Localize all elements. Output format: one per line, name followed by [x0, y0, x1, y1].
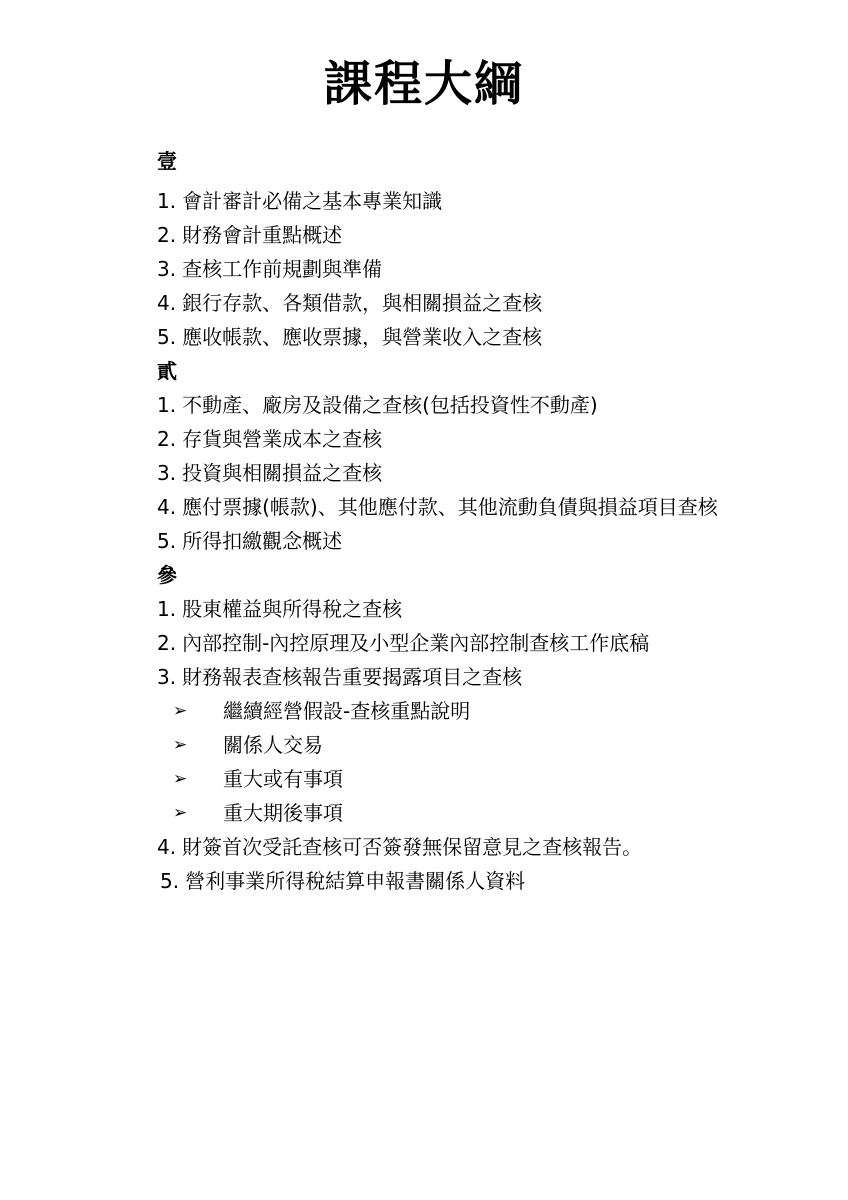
- item-text: 財務報表查核報告重要揭露項目之查核: [182, 660, 522, 694]
- arrow-bullet-icon: ➢: [157, 694, 223, 728]
- item-number: 4.: [157, 286, 176, 320]
- item-number: 3.: [157, 456, 176, 490]
- item-number: 1.: [157, 184, 176, 218]
- list-item: 3. 投資與相關損益之查核: [157, 456, 718, 490]
- item-text: 存貨與營業成本之查核: [182, 422, 382, 456]
- item-text: 財簽首次受託查核可否簽發無保留意見之查核報告。: [182, 830, 642, 864]
- item-number: 5.: [157, 524, 176, 558]
- list-item: 3. 財務報表查核報告重要揭露項目之查核: [157, 660, 718, 694]
- list-item: 4. 財簽首次受託查核可否簽發無保留意見之查核報告。: [157, 830, 718, 864]
- arrow-bullet-icon: ➢: [157, 728, 223, 762]
- item-text: 股東權益與所得稅之查核: [182, 592, 402, 626]
- item-number: 2.: [157, 422, 176, 456]
- item-number: 1.: [157, 592, 176, 626]
- list-item: 1. 不動產、廠房及設備之查核(包括投資性不動產): [157, 388, 718, 422]
- page-title: 課程大綱: [0, 54, 848, 114]
- item-number: 5.: [157, 320, 176, 354]
- item-number: 2.: [157, 218, 176, 252]
- sub-list-item: ➢ 重大期後事項: [157, 796, 718, 830]
- arrow-bullet-icon: ➢: [157, 762, 223, 796]
- item-text: 會計審計必備之基本專業知識: [182, 184, 442, 218]
- list-item: 3. 查核工作前規劃與準備: [157, 252, 718, 286]
- section-heading-3: 參: [157, 558, 718, 592]
- list-item: 4. 應付票據(帳款)、其他應付款、其他流動負債與損益項目查核: [157, 490, 718, 524]
- list-item: 2. 存貨與營業成本之查核: [157, 422, 718, 456]
- sub-item-text: 重大期後事項: [223, 796, 343, 830]
- item-number: 2.: [157, 626, 176, 660]
- course-outline: 壹 1. 會計審計必備之基本專業知識 2. 財務會計重點概述 3. 查核工作前規…: [157, 144, 718, 898]
- item-text: 投資與相關損益之查核: [182, 456, 382, 490]
- sub-list-item: ➢ 繼續經營假設-查核重點說明: [157, 694, 718, 728]
- item-number: 4.: [157, 490, 176, 524]
- list-item: 5. 應收帳款、應收票據，與營業收入之查核: [157, 320, 718, 354]
- item-text: 查核工作前規劃與準備: [182, 252, 382, 286]
- list-item: 1. 股東權益與所得稅之查核: [157, 592, 718, 626]
- item-number: 4.: [157, 830, 176, 864]
- list-item: 5. 營利事業所得稅結算申報書關係人資料: [157, 864, 718, 898]
- item-text: 應收帳款、應收票據，與營業收入之查核: [182, 320, 542, 354]
- item-number: 5.: [160, 864, 179, 898]
- list-item: 4. 銀行存款、各類借款，與相關損益之查核: [157, 286, 718, 320]
- item-text: 財務會計重點概述: [182, 218, 342, 252]
- arrow-bullet-icon: ➢: [157, 796, 223, 830]
- sub-item-text: 重大或有事項: [223, 762, 343, 796]
- item-text: 所得扣繳觀念概述: [182, 524, 342, 558]
- item-number: 3.: [157, 252, 176, 286]
- section-heading-1: 壹: [157, 144, 718, 178]
- item-text: 內部控制-內控原理及小型企業內部控制查核工作底稿: [182, 626, 649, 660]
- item-text: 應付票據(帳款)、其他應付款、其他流動負債與損益項目查核: [182, 490, 718, 524]
- sub-item-text: 關係人交易: [223, 728, 323, 762]
- sub-item-text: 繼續經營假設-查核重點說明: [223, 694, 470, 728]
- item-number: 1.: [157, 388, 176, 422]
- list-item: 2. 內部控制-內控原理及小型企業內部控制查核工作底稿: [157, 626, 718, 660]
- section-heading-2: 貳: [157, 354, 718, 388]
- item-text: 營利事業所得稅結算申報書關係人資料: [185, 864, 525, 898]
- sub-list-item: ➢ 關係人交易: [157, 728, 718, 762]
- item-text: 不動產、廠房及設備之查核(包括投資性不動產): [182, 388, 598, 422]
- list-item: 5. 所得扣繳觀念概述: [157, 524, 718, 558]
- list-item: 2. 財務會計重點概述: [157, 218, 718, 252]
- item-text: 銀行存款、各類借款，與相關損益之查核: [182, 286, 542, 320]
- sub-list-item: ➢ 重大或有事項: [157, 762, 718, 796]
- list-item: 1. 會計審計必備之基本專業知識: [157, 184, 718, 218]
- item-number: 3.: [157, 660, 176, 694]
